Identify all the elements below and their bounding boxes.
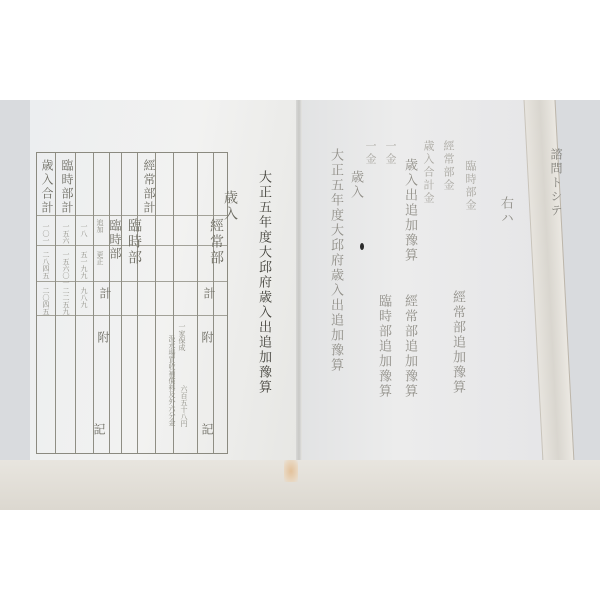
right-page-line: 歳入合計金 [420,140,436,205]
right-page-line: 大正五年度大邱府歳入出追加豫算 [326,148,345,373]
right-page-line: 臨時部追加豫算 [374,294,393,399]
ledger-column-rule [109,153,110,453]
note-line: 一家保成 [177,323,187,351]
margin-note: 附 [199,331,216,345]
right-page-line: 一金 [382,140,398,166]
margin-note: 記 [91,423,108,437]
right-page-line: 經常部追加豫算 [448,290,467,395]
ledger-cell: 九八九 [79,287,89,308]
document-title: 大正五年度大邱府歳入出追加豫算 [254,170,273,395]
margin-note: 記 [199,423,216,437]
column-header: 臨時部 [107,219,124,261]
right-page-line: 一金 [362,140,378,166]
ledger-cell: 追加 [95,219,105,233]
margin-note: 附 [95,331,112,345]
edge-page-label: 諮問トシテ [548,148,565,218]
ledger-rule [37,215,227,216]
ledger-cell: 更正 [95,251,105,265]
ledger-cell: 二〇四五 [41,287,51,315]
ledger-cell: 二八四五 [41,251,51,279]
ledger-column-rule [93,153,94,453]
ledger-column-rule [121,153,122,453]
ledger-cell: 一五六〇一 [61,251,71,286]
column-header: 臨時部計 [59,159,76,215]
column-header: 經常部計 [141,159,158,215]
ledger-cell: 五一九九 [79,251,89,279]
ledger-column-rule [213,153,214,453]
right-page-line: 右ハ [496,196,515,226]
ink-spot [360,243,364,250]
right-page-line: 經常部追加豫算 [400,294,419,399]
right-page-line: 經常部金 [440,140,456,192]
page-bottom-margin [0,460,600,510]
ledger-column-rule [197,153,198,453]
note-line: 六百五十八円 [179,385,189,427]
ledger-rule [37,315,227,316]
right-page-line: 臨時部金 [462,160,478,212]
ordinary-section-heading: 經常部 [206,218,226,266]
ledger-cell: 一五六 [61,223,71,244]
paper-stain [284,460,298,482]
ledger-cell: 二二五九 [61,287,71,315]
ledger-cell: 計 [97,287,114,301]
note-line: 汲水場買收補償料及外六分金 [167,335,177,426]
column-header: 歳入合計 [39,159,56,215]
right-page-line: 歳入出追加豫算 [400,158,419,263]
ledger-cell: 一〇一 [41,223,51,244]
ledger-table: 歳入合計 臨時部計 經常部計 臨時部 一〇一 一五六 一八 追加 二八四五 一五… [36,152,228,454]
right-page-line: 歳入 [346,170,365,200]
ledger-cell: 一八 [79,223,89,237]
ledger-column-rule [137,153,138,453]
ledger-cell: 計 [201,287,218,301]
extraordinary-section-heading: 臨時部 [124,218,144,266]
